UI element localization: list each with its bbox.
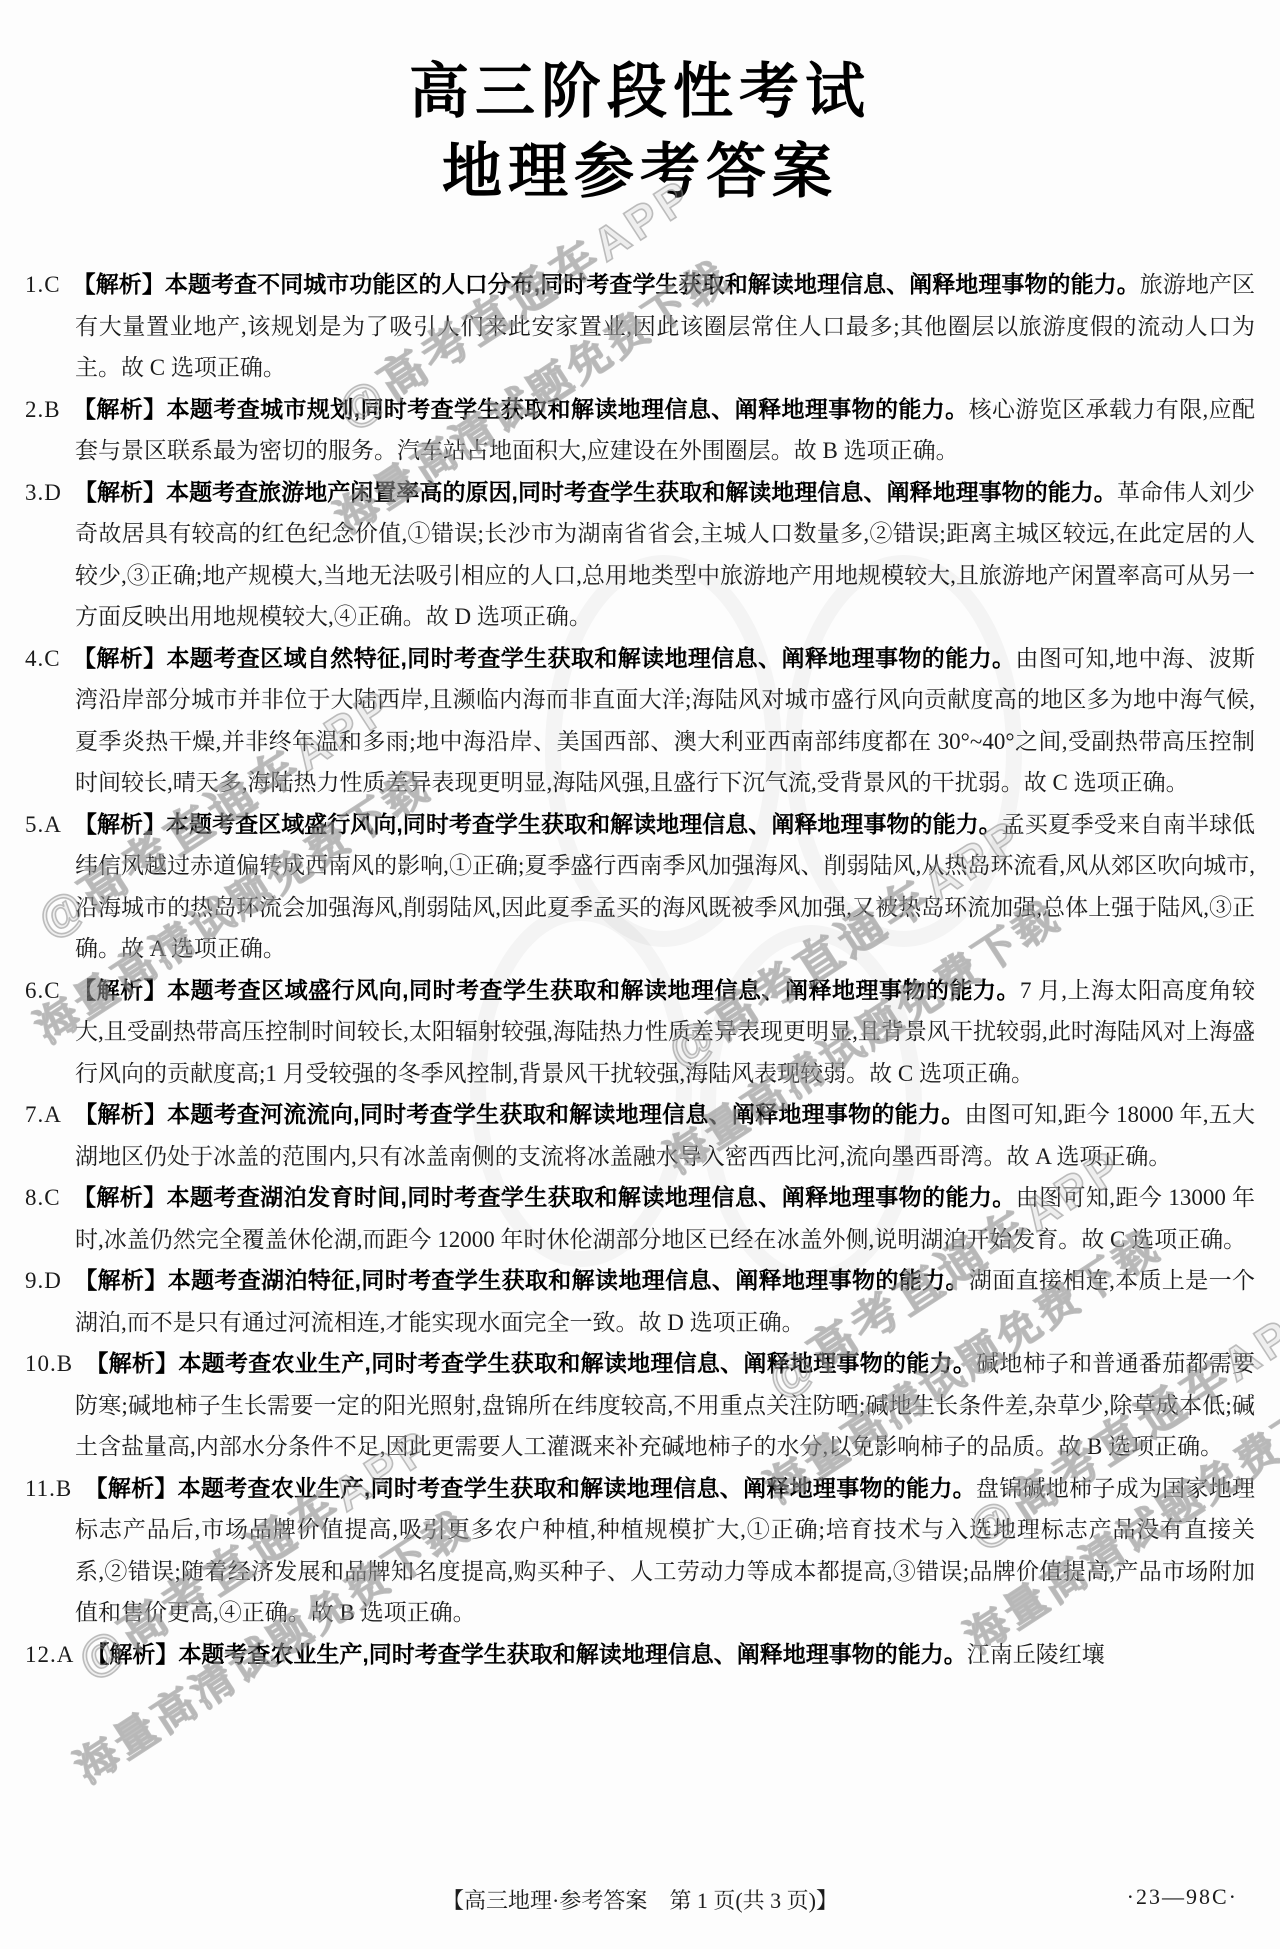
analysis-lead: 【解析】本题考查不同城市功能区的人口分布,同时考查学生获取和解读地理信息、阐释地… [73,271,1140,297]
answer-number: 5.A [25,812,62,837]
title-line-1: 高三阶段性考试 [25,52,1255,132]
answer-item: 11.B【解析】本题考查农业生产,同时考查学生获取和解读地理信息、阐释地理事物的… [25,1468,1255,1634]
page-footer: 【高三地理·参考答案 第 1 页(共 3 页)】 ·23—98C· [0,1884,1280,1924]
analysis-lead: 【解析】本题考查区域盛行风向,同时考查学生获取和解读地理信息、阐释地理事物的能力… [73,977,1020,1003]
analysis-detail: 江南丘陵红壤 [967,1642,1105,1667]
answer-item: 10.B【解析】本题考查农业生产,同时考查学生获取和解读地理信息、阐释地理事物的… [25,1343,1255,1468]
answer-number: 9.D [25,1268,62,1293]
analysis-lead: 【解析】本题考查湖泊特征,同时考查学生获取和解读地理信息、阐释地理事物的能力。 [74,1267,969,1293]
answer-item: 4.C【解析】本题考查区域自然特征,同时考查学生获取和解读地理信息、阐释地理事物… [25,638,1255,804]
answer-number: 7.A [25,1102,62,1127]
answers-list: 1.C【解析】本题考查不同城市功能区的人口分布,同时考查学生获取和解读地理信息、… [25,264,1255,1675]
answer-item: 9.D【解析】本题考查湖泊特征,同时考查学生获取和解读地理信息、阐释地理事物的能… [25,1260,1255,1343]
analysis-lead: 【解析】本题考查区域盛行风向,同时考查学生获取和解读地理信息、阐释地理事物的能力… [74,811,1002,837]
answer-sheet-page: 高三阶段性考试 地理参考答案 1.C【解析】本题考查不同城市功能区的人口分布,同… [0,0,1280,1675]
analysis-lead: 【解析】本题考查城市规划,同时考查学生获取和解读地理信息、阐释地理事物的能力。 [73,396,969,422]
answer-item: 5.A【解析】本题考查区域盛行风向,同时考查学生获取和解读地理信息、阐释地理事物… [25,804,1255,970]
analysis-lead: 【解析】本题考查农业生产,同时考查学生获取和解读地理信息、阐释地理事物的能力。 [84,1475,976,1501]
answer-item: 6.C【解析】本题考查区域盛行风向,同时考查学生获取和解读地理信息、阐释地理事物… [25,970,1255,1095]
analysis-lead: 【解析】本题考查农业生产,同时考查学生获取和解读地理信息、阐释地理事物的能力。 [86,1641,966,1667]
analysis-lead: 【解析】本题考查湖泊发育时间,同时考查学生获取和解读地理信息、阐释地理事物的能力… [73,1184,1016,1210]
footer-paper-code: ·23—98C· [1127,1884,1238,1910]
analysis-lead: 【解析】本题考查旅游地产闲置率高的原因,同时考查学生获取和解读地理信息、阐释地理… [74,479,1117,505]
answer-number: 1.C [25,272,61,297]
answer-item: 2.B【解析】本题考查城市规划,同时考查学生获取和解读地理信息、阐释地理事物的能… [25,389,1255,472]
answer-number: 10.B [25,1351,73,1376]
analysis-lead: 【解析】本题考查农业生产,同时考查学生获取和解读地理信息、阐释地理事物的能力。 [85,1350,976,1376]
title-line-2: 地理参考答案 [25,132,1255,212]
answer-number: 11.B [25,1476,72,1501]
answer-number: 12.A [25,1642,74,1667]
answer-number: 8.C [25,1185,61,1210]
answer-item: 3.D【解析】本题考查旅游地产闲置率高的原因,同时考查学生获取和解读地理信息、阐… [25,472,1255,638]
answer-number: 4.C [25,646,61,671]
answer-number: 3.D [25,480,62,505]
answer-number: 2.B [25,397,61,422]
answer-item: 7.A【解析】本题考查河流流向,同时考查学生获取和解读地理信息、阐释地理事物的能… [25,1094,1255,1177]
answer-number: 6.C [25,978,61,1003]
answer-item: 12.A【解析】本题考查农业生产,同时考查学生获取和解读地理信息、阐释地理事物的… [25,1634,1255,1676]
analysis-lead: 【解析】本题考查河流流向,同时考查学生获取和解读地理信息、阐释地理事物的能力。 [74,1101,965,1127]
page-title: 高三阶段性考试 地理参考答案 [25,52,1255,212]
analysis-lead: 【解析】本题考查区域自然特征,同时考查学生获取和解读地理信息、阐释地理事物的能力… [73,645,1016,671]
answer-item: 8.C【解析】本题考查湖泊发育时间,同时考查学生获取和解读地理信息、阐释地理事物… [25,1177,1255,1260]
answer-item: 1.C【解析】本题考查不同城市功能区的人口分布,同时考查学生获取和解读地理信息、… [25,264,1255,389]
footer-page-info: 【高三地理·参考答案 第 1 页(共 3 页)】 [0,1884,1280,1915]
